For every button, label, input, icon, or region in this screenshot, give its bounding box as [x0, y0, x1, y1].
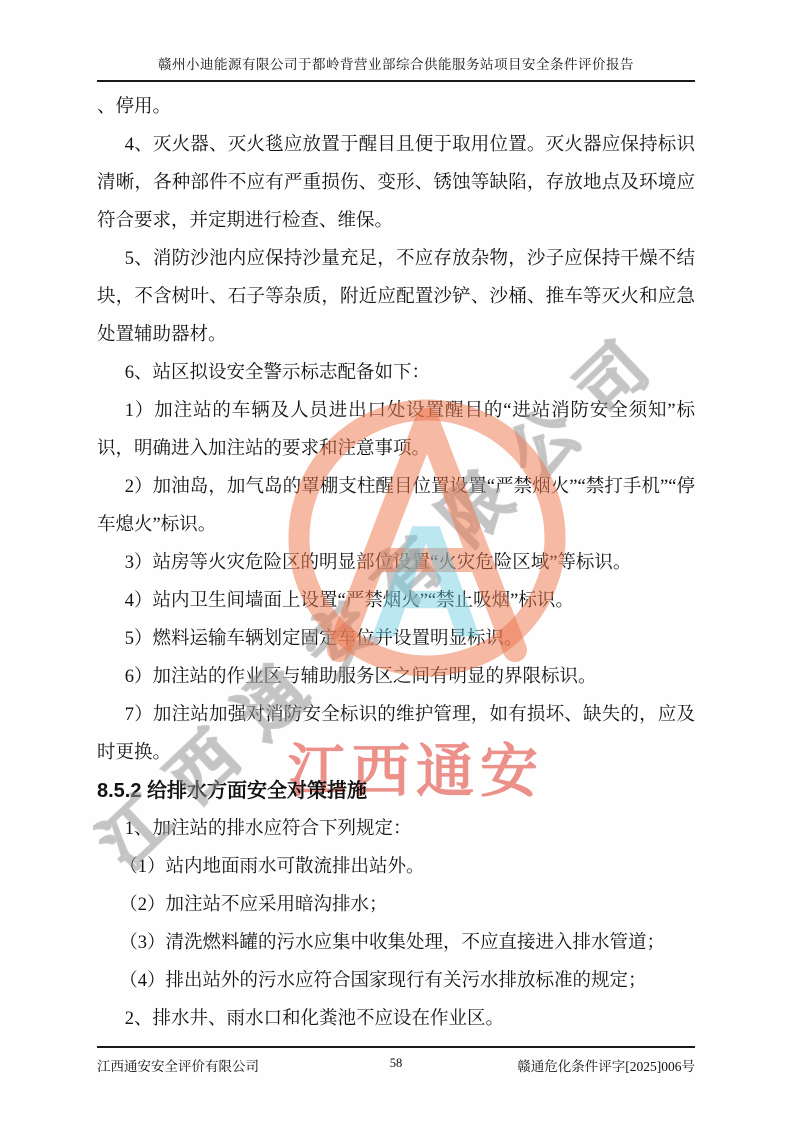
paragraph: 7）加注站加强对消防安全标识的维护管理，如有损坏、缺失的，应及时更换。 — [97, 696, 695, 772]
paragraph: 5）燃料运输车辆划定固定车位并设置明显标识。 — [97, 620, 695, 658]
paragraph: 4、灭火器、灭火毯应放置于醒目且便于取用位置。灭火器应保持标识清晰，各种部件不应… — [97, 126, 695, 240]
paragraph: （3）清洗燃料罐的污水应集中收集处理，不应直接进入排水管道； — [97, 924, 695, 962]
document-page: 江西通安有限公司 A 江西通安 赣州小迪能源有限公司于都岭背营业部综合供能服务站… — [0, 0, 793, 1122]
paragraph: 4）站内卫生间墙面上设置“严禁烟火”“禁止吸烟”标识。 — [97, 582, 695, 620]
footer-row: 江西通安安全评价有限公司 58 赣通危化条件评字[2025]006号 — [97, 1055, 695, 1073]
paragraph: （2）加注站不应采用暗沟排水； — [97, 886, 695, 924]
paragraph: 3）站房等火灾危险区的明显部位设置“火灾危险区域”等标识。 — [97, 544, 695, 582]
page-header-title: 赣州小迪能源有限公司于都岭背营业部综合供能服务站项目安全条件评价报告 — [97, 53, 695, 82]
paragraph: 2、排水井、雨水口和化粪池不应设在作业区。 — [97, 1000, 695, 1038]
footer-company: 江西通安安全评价有限公司 — [97, 1055, 259, 1075]
footer-doc-number: 赣通危化条件评字[2025]006号 — [517, 1055, 695, 1075]
paragraph: 1）加注站的车辆及人员进出口处设置醒目的“进站消防安全须知”标识，明确进入加注站… — [97, 392, 695, 468]
document-body: 、停用。 4、灭火器、灭火毯应放置于醒目且便于取用位置。灭火器应保持标识清晰，各… — [97, 88, 695, 1038]
paragraph: （4）排出站外的污水应符合国家现行有关污水排放标准的规定； — [97, 962, 695, 1000]
paragraph: 2）加油岛，加气岛的罩棚支柱醒目位置设置“严禁烟火”“禁打手机”“停车熄火”标识… — [97, 468, 695, 544]
paragraph: 、停用。 — [97, 88, 695, 126]
paragraph: 6、站区拟设安全警示标志配备如下： — [97, 354, 695, 392]
section-heading: 8.5.2 给排水方面安全对策措施 — [97, 772, 695, 810]
paragraph: （1）站内地面雨水可散流排出站外。 — [97, 848, 695, 886]
paragraph: 5、消防沙池内应保持沙量充足，不应存放杂物，沙子应保持干燥不结块，不含树叶、石子… — [97, 240, 695, 354]
paragraph: 1、加注站的排水应符合下列规定： — [97, 810, 695, 848]
paragraph: 6）加注站的作业区与辅助服务区之间有明显的界限标识。 — [97, 658, 695, 696]
footer-page-number: 58 — [390, 1056, 403, 1071]
page-footer: 江西通安安全评价有限公司 58 赣通危化条件评字[2025]006号 — [97, 1046, 695, 1073]
